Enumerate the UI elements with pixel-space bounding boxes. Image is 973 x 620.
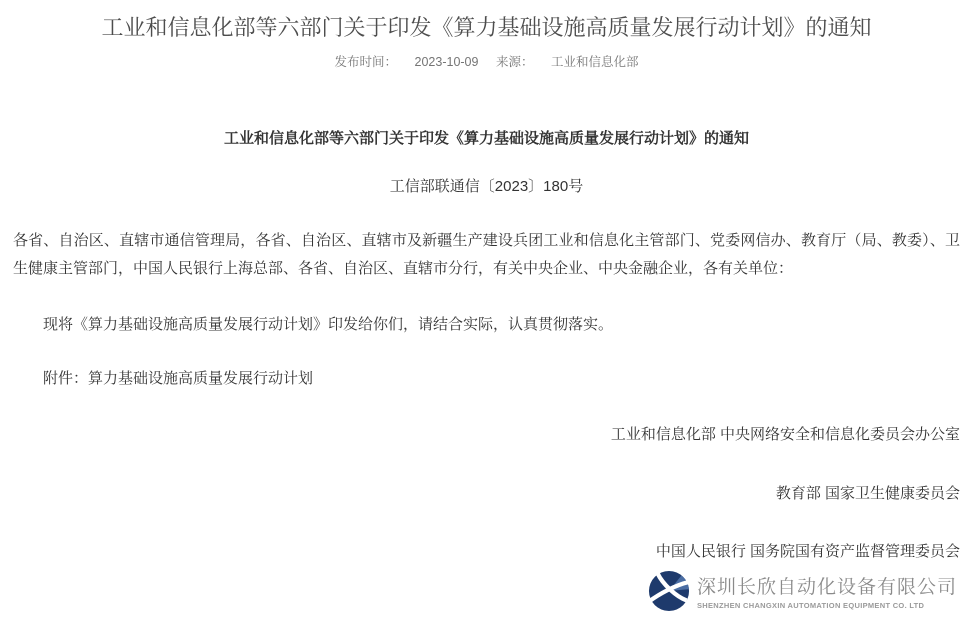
- signature-line-2: 教育部 国家卫生健康委员会: [13, 486, 960, 502]
- company-name-block: 深圳长欣自动化设备有限公司 SHENZHEN CHANGXIN AUTOMATI…: [697, 577, 957, 610]
- page-title: 工业和信息化部等六部门关于印发《算力基础设施高质量发展行动计划》的通知: [0, 14, 973, 42]
- company-name-en: SHENZHEN CHANGXIN AUTOMATION EQUIPMENT C…: [697, 601, 957, 610]
- company-name-cn: 深圳长欣自动化设备有限公司: [697, 577, 957, 599]
- signature-line-1: 工业和信息化部 中央网络安全和信息化委员会办公室: [13, 427, 960, 443]
- signature-line-3: 中国人民银行 国务院国有资产监督管理委员会: [13, 544, 960, 560]
- addressees-paragraph: 各省、自治区、直辖市通信管理局，各省、自治区、直辖市及新疆生产建设兵团工业和信息…: [13, 227, 960, 283]
- changxin-x-circle-logo-icon: [648, 570, 690, 617]
- document-number: 工信部联通信〔2023〕180号: [13, 177, 960, 197]
- publish-meta-row: 发布时间： 2023-10-09 来源： 工业和信息化部: [0, 54, 973, 71]
- source-value: 工业和信息化部: [551, 55, 639, 69]
- document-body: 工业和信息化部等六部门关于印发《算力基础设施高质量发展行动计划》的通知 工信部联…: [0, 129, 973, 560]
- article-page: 工业和信息化部等六部门关于印发《算力基础设施高质量发展行动计划》的通知 发布时间…: [0, 0, 973, 620]
- issuance-paragraph: 现将《算力基础设施高质量发展行动计划》印发给你们，请结合实际，认真贯彻落实。: [13, 311, 960, 339]
- document-title: 工业和信息化部等六部门关于印发《算力基础设施高质量发展行动计划》的通知: [13, 129, 960, 149]
- attachment-line: 附件：算力基础设施高质量发展行动计划: [13, 365, 960, 393]
- publish-time-value: 2023-10-09: [415, 55, 479, 69]
- company-logo: 深圳长欣自动化设备有限公司 SHENZHEN CHANGXIN AUTOMATI…: [648, 570, 957, 617]
- source-label: 来源：: [496, 55, 534, 69]
- publish-time-label: 发布时间：: [335, 55, 398, 69]
